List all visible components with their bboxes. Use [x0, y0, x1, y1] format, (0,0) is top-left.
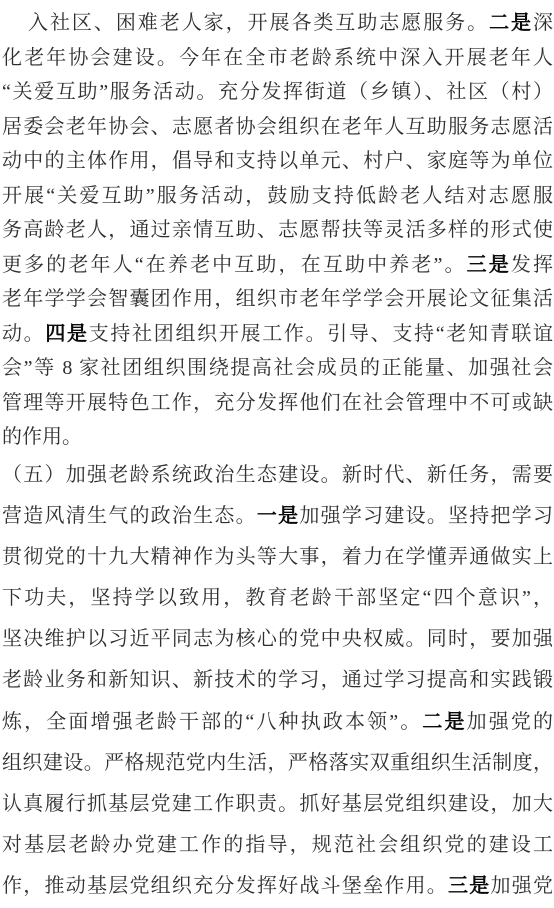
text-line: 开展“关爱互助”服务活动，鼓励支持低龄老人结对志愿服 — [2, 179, 553, 214]
text-segment: 老年学学会智囊团作用，组织市老年学学会开展论文征集活 — [2, 288, 553, 310]
text-segment: 认真履行抓基层党建工作职责。抓好基层党组织建设，加大 — [2, 793, 553, 815]
text-segment: 贯彻党的十九大精神作为头等大事，着力在学懂弄通做实上 — [2, 546, 553, 568]
text-line: 务高龄老人，通过亲情互助、志愿帮扶等灵活多样的形式使 — [2, 213, 553, 248]
text-segment: 入社区、困难老人家，开展各类互助志愿服务。 — [28, 12, 489, 34]
text-line: 组织建设。严格规范党内生活，严格落实双重组织生活制度， — [2, 743, 553, 784]
text-line: 入社区、困难老人家，开展各类互助志愿服务。二是深 — [2, 6, 553, 41]
text-segment: 作，推动基层党组织充分发挥好战斗堡垒作用。 — [2, 875, 448, 897]
text-line: 老年学学会智囊团作用，组织市老年学学会开展论文征集活 — [2, 282, 553, 317]
text-segment: “关爱互助”服务活动。充分发挥街道（乡镇）、社区（村） — [2, 81, 553, 103]
text-line: 会”等 8 家社团组织围绕提高社会成员的正能量、加强社会 — [2, 351, 553, 386]
text-segment: 老龄业务和新知识、新技术的学习，通过学习提高和实践锻 — [2, 669, 553, 691]
text-segment: 下功夫，坚持学以致用，教育老龄干部坚定“四个意识”， — [2, 587, 553, 609]
text-line: 更多的老年人“在养老中互助，在互助中养老”。三是发挥 — [2, 248, 553, 283]
text-segment: （五）加强老龄系统政治生态建设。新时代、新任务，需要 — [2, 464, 553, 486]
text-line: 作，推动基层党组织充分发挥好战斗堡垒作用。三是加强党 — [2, 866, 553, 907]
text-segment: 深 — [533, 12, 553, 34]
document-body: 入社区、困难老人家，开展各类互助志愿服务。二是深化老年协会建设。今年在全市老龄系… — [2, 6, 553, 908]
text-segment: 居委会老年协会、志愿者协会组织在老年人互助服务志愿活 — [2, 116, 553, 138]
bold-ordinal-marker: 一是 — [257, 505, 299, 527]
text-line: 化老年协会建设。今年在全市老龄系统中深入开展老年人 — [2, 41, 553, 76]
text-line: 认真履行抓基层党建工作职责。抓好基层党组织建设，加大 — [2, 784, 553, 825]
document-page: 入社区、困难老人家，开展各类互助志愿服务。二是深化老年协会建设。今年在全市老龄系… — [0, 0, 554, 908]
bold-ordinal-marker: 四是 — [45, 323, 88, 345]
text-segment: 坚决维护以习近平同志为核心的党中央权威。同时，要加强 — [2, 628, 553, 650]
bold-ordinal-marker: 三是 — [448, 875, 490, 897]
text-segment: 动。 — [2, 323, 45, 345]
text-line: 管理等开展特色工作，充分发挥他们在社会管理中不可或缺 — [2, 386, 553, 421]
bold-ordinal-marker: 二是 — [422, 711, 466, 733]
text-segment: 发挥 — [511, 254, 553, 276]
bold-ordinal-marker: 二是 — [489, 12, 533, 34]
para-political-ecology: （五）加强老龄系统政治生态建设。新时代、新任务，需要营造风清生气的政治生态。一是… — [2, 455, 553, 908]
text-line: （五）加强老龄系统政治生态建设。新时代、新任务，需要 — [2, 455, 553, 496]
text-line: 炼，全面增强老龄干部的“八种执政本领”。二是加强党的 — [2, 702, 553, 743]
text-line: 动。四是支持社团组织开展工作。引导、支持“老知青联谊 — [2, 317, 553, 352]
text-segment: 管理等开展特色工作，充分发挥他们在社会管理中不可或缺 — [2, 392, 553, 414]
para-volunteer-service: 入社区、困难老人家，开展各类互助志愿服务。二是深化老年协会建设。今年在全市老龄系… — [2, 6, 553, 455]
text-segment: 会”等 8 家社团组织围绕提高社会成员的正能量、加强社会 — [2, 357, 553, 379]
text-line: 营造风清生气的政治生态。一是加强学习建设。坚持把学习 — [2, 496, 553, 537]
text-segment: 炼，全面增强老龄干部的“八种执政本领”。 — [2, 711, 422, 733]
text-segment: 加强党 — [491, 875, 553, 897]
text-segment: 务高龄老人，通过亲情互助、志愿帮扶等灵活多样的形式使 — [2, 219, 553, 241]
text-segment: 加强学习建设。坚持把学习 — [299, 505, 553, 527]
text-line: 对基层老龄办党建工作的指导，规范社会组织党的建设工 — [2, 825, 553, 866]
text-segment: 营造风清生气的政治生态。 — [2, 505, 257, 527]
text-line: 贯彻党的十九大精神作为头等大事，着力在学懂弄通做实上 — [2, 537, 553, 578]
text-segment: 加强党的 — [467, 711, 553, 733]
text-line: 下功夫，坚持学以致用，教育老龄干部坚定“四个意识”， — [2, 578, 553, 619]
text-segment: 的作用。 — [2, 426, 82, 448]
text-line: 的作用。 — [2, 420, 553, 455]
text-segment: 对基层老龄办党建工作的指导，规范社会组织党的建设工 — [2, 834, 553, 856]
text-line: “关爱互助”服务活动。充分发挥街道（乡镇）、社区（村） — [2, 75, 553, 110]
text-segment: 动中的主体作用，倡导和支持以单元、村户、家庭等为单位 — [2, 150, 553, 172]
text-segment: 支持社团组织开展工作。引导、支持“老知青联谊 — [89, 323, 553, 345]
text-line: 坚决维护以习近平同志为核心的党中央权威。同时，要加强 — [2, 619, 553, 660]
text-line: 居委会老年协会、志愿者协会组织在老年人互助服务志愿活 — [2, 110, 553, 145]
text-segment: 组织建设。严格规范党内生活，严格落实双重组织生活制度， — [2, 752, 553, 774]
text-segment: 更多的老年人“在养老中互助，在互助中养老”。 — [2, 254, 467, 276]
bold-ordinal-marker: 三是 — [467, 254, 511, 276]
text-line: 老龄业务和新知识、新技术的学习，通过学习提高和实践锻 — [2, 660, 553, 701]
text-segment: 化老年协会建设。今年在全市老龄系统中深入开展老年人 — [2, 47, 553, 69]
text-line: 动中的主体作用，倡导和支持以单元、村户、家庭等为单位 — [2, 144, 553, 179]
text-segment: 开展“关爱互助”服务活动，鼓励支持低龄老人结对志愿服 — [2, 185, 553, 207]
